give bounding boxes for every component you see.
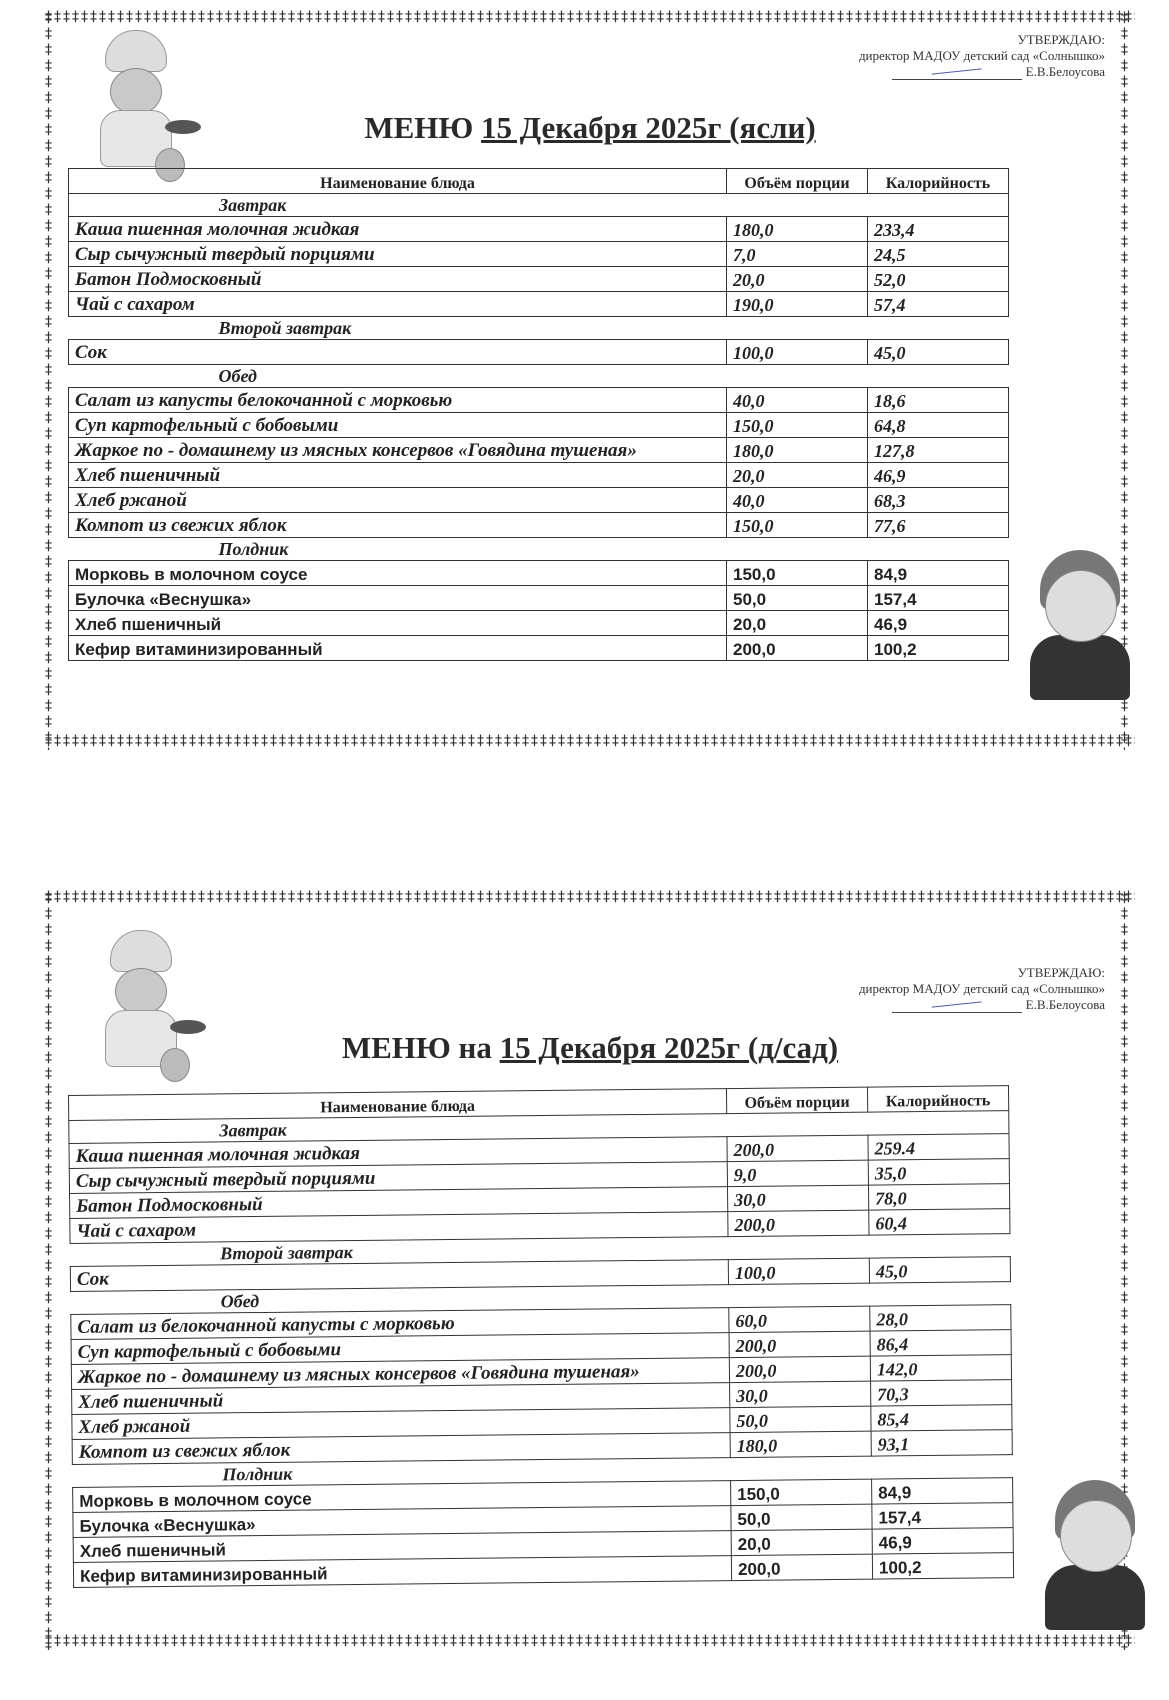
section-heading-row: Обед [69, 365, 1009, 388]
dish-name: Хлеб пшеничный [69, 611, 727, 636]
calorie-value: 78,0 [868, 1184, 1009, 1210]
dish-name: Чай с сахаром [69, 292, 727, 317]
dish-name: Кефир витаминизированный [69, 636, 727, 661]
approval-block: УТВЕРЖДАЮ: директор МАДОУ детский сад «С… [859, 965, 1105, 1013]
portion-size: 9,0 [727, 1160, 868, 1186]
portion-size: 50,0 [730, 1406, 871, 1432]
section-heading-row: Второй завтрак [69, 317, 1009, 340]
table-row: Каша пшенная молочная жидкая180,0233,4 [69, 217, 1009, 242]
dish-name: Булочка «Веснушка» [69, 586, 727, 611]
calorie-value: 157,4 [872, 1503, 1013, 1529]
column-header-dish: Наименование блюда [69, 169, 727, 194]
menu-card-nursery: ‡‡‡‡‡‡‡‡‡‡‡‡‡‡‡‡‡‡‡‡‡‡‡‡‡‡‡‡‡‡‡‡‡‡‡‡‡‡‡‡… [45, 10, 1135, 750]
dish-name: Хлеб ржаной [69, 488, 727, 513]
title-prefix: МЕНЮ [364, 110, 473, 145]
dish-name: Морковь в молочном соусе [69, 561, 727, 586]
portion-size: 7,0 [727, 242, 868, 267]
table-row: Хлеб ржаной40,068,3 [69, 488, 1009, 513]
calorie-value: 60,4 [869, 1209, 1010, 1235]
approval-position: директор МАДОУ детский сад «Солнышко» [859, 48, 1105, 64]
portion-size: 20,0 [727, 463, 868, 488]
section-heading: Завтрак [69, 194, 1009, 217]
approval-block: УТВЕРЖДАЮ: директор МАДОУ детский сад «С… [859, 32, 1105, 80]
calorie-value: 233,4 [868, 217, 1009, 242]
calorie-value: 100,2 [868, 636, 1009, 661]
column-header-portion: Объём порции [727, 169, 868, 194]
calorie-value: 64,8 [868, 413, 1009, 438]
portion-size: 40,0 [727, 488, 868, 513]
portion-size: 40,0 [727, 388, 868, 413]
table-row: Сок100,045,0 [69, 340, 1009, 365]
calorie-value: 84,9 [868, 561, 1009, 586]
portion-size: 100,0 [727, 340, 868, 365]
portion-size: 190,0 [727, 292, 868, 317]
calorie-value: 45,0 [868, 340, 1009, 365]
table-row: Компот из свежих яблок150,077,6 [69, 513, 1009, 538]
portion-size: 20,0 [727, 267, 868, 292]
portion-size: 180,0 [727, 217, 868, 242]
menu-table: Наименование блюдаОбъём порцииКалорийнос… [68, 1085, 1014, 1588]
portion-size: 200,0 [729, 1356, 870, 1382]
calorie-value: 57,4 [868, 292, 1009, 317]
portion-size: 50,0 [727, 586, 868, 611]
child-illustration [1035, 1480, 1155, 1630]
calorie-value: 93,1 [871, 1430, 1012, 1456]
menu-table: Наименование блюдаОбъём порцииКалорийнос… [68, 168, 1009, 661]
portion-size: 200,0 [729, 1331, 870, 1357]
portion-size: 150,0 [727, 513, 868, 538]
calorie-value: 100,2 [872, 1553, 1013, 1579]
column-header-calories: Калорийность [867, 1086, 1008, 1112]
dish-name: Компот из свежих яблок [69, 513, 727, 538]
menu-card-kindergarten: ‡‡‡‡‡‡‡‡‡‡‡‡‡‡‡‡‡‡‡‡‡‡‡‡‡‡‡‡‡‡‡‡‡‡‡‡‡‡‡‡… [45, 890, 1135, 1650]
calorie-value: 142,0 [870, 1355, 1011, 1381]
calorie-value: 35,0 [868, 1159, 1009, 1185]
signature-line [892, 69, 1022, 80]
portion-size: 180,0 [727, 438, 868, 463]
dish-name: Сыр сычужный твердый порциями [69, 242, 727, 267]
portion-size: 30,0 [727, 1185, 868, 1211]
child-illustration [1020, 550, 1140, 700]
portion-size: 30,0 [730, 1381, 871, 1407]
portion-size: 50,0 [731, 1504, 872, 1530]
portion-size: 180,0 [730, 1431, 871, 1457]
calorie-value: 46,9 [868, 611, 1009, 636]
portion-size: 150,0 [727, 413, 868, 438]
section-heading: Обед [69, 365, 1009, 388]
border-glass-icon: ‡‡‡‡‡‡‡‡‡‡‡‡‡‡‡‡‡‡‡‡‡‡‡‡‡‡‡‡‡‡‡‡‡‡‡‡‡‡‡‡… [45, 734, 1135, 750]
table-row: Булочка «Веснушка»50,0157,4 [69, 586, 1009, 611]
calorie-value: 85,4 [871, 1405, 1012, 1431]
portion-size: 200,0 [728, 1210, 869, 1236]
calorie-value: 24,5 [868, 242, 1009, 267]
table-row: Чай с сахаром190,057,4 [69, 292, 1009, 317]
dish-name: Жаркое по - домашнему из мясных консерво… [69, 438, 727, 463]
title-date: 15 Декабря 2025г (д/сад) [500, 1030, 838, 1065]
approval-name: Е.В.Белоусова [1026, 997, 1105, 1012]
portion-size: 20,0 [731, 1529, 872, 1555]
approval-heading: УТВЕРЖДАЮ: [859, 32, 1105, 48]
table-row: Суп картофельный с бобовыми150,064,8 [69, 413, 1009, 438]
border-glass-icon: ‡‡‡‡‡‡‡‡‡‡‡‡‡‡‡‡‡‡‡‡‡‡‡‡‡‡‡‡‡‡‡‡‡‡‡‡‡‡‡‡… [45, 890, 59, 1650]
dish-name: Суп картофельный с бобовыми [69, 413, 727, 438]
page-title: МЕНЮ на 15 Декабря 2025г (д/сад) [45, 1030, 1135, 1066]
table-row: Салат из капусты белокочанной с морковью… [69, 388, 1009, 413]
border-glass-icon: ‡‡‡‡‡‡‡‡‡‡‡‡‡‡‡‡‡‡‡‡‡‡‡‡‡‡‡‡‡‡‡‡‡‡‡‡‡‡‡‡… [45, 890, 1135, 906]
column-header-portion: Объём порции [726, 1087, 867, 1113]
approval-position: директор МАДОУ детский сад «Солнышко» [859, 981, 1105, 997]
title-date: 15 Декабря 2025г (ясли) [481, 110, 816, 145]
portion-size: 60,0 [729, 1306, 870, 1332]
table-row: Хлеб пшеничный20,046,9 [69, 611, 1009, 636]
portion-size: 200,0 [727, 636, 868, 661]
table-row: Сыр сычужный твердый порциями7,024,5 [69, 242, 1009, 267]
table-header-row: Наименование блюдаОбъём порцииКалорийнос… [69, 169, 1009, 194]
page-title: МЕНЮ 15 Декабря 2025г (ясли) [45, 110, 1135, 146]
calorie-value: 28,0 [870, 1305, 1011, 1331]
table-row: Батон Подмосковный20,052,0 [69, 267, 1009, 292]
signature-line [892, 1002, 1022, 1013]
border-glass-icon: ‡‡‡‡‡‡‡‡‡‡‡‡‡‡‡‡‡‡‡‡‡‡‡‡‡‡‡‡‡‡‡‡‡‡‡‡‡‡‡‡… [45, 1634, 1135, 1650]
dish-name: Каша пшенная молочная жидкая [69, 217, 727, 242]
table-row: Жаркое по - домашнему из мясных консерво… [69, 438, 1009, 463]
dish-name: Хлеб пшеничный [69, 463, 727, 488]
approval-heading: УТВЕРЖДАЮ: [859, 965, 1105, 981]
portion-size: 100,0 [728, 1258, 869, 1284]
section-heading: Полдник [69, 538, 1009, 561]
calorie-value: 259.4 [868, 1134, 1009, 1160]
section-heading-row: Завтрак [69, 194, 1009, 217]
approval-name: Е.В.Белоусова [1026, 64, 1105, 79]
table-row: Морковь в молочном соусе150,084,9 [69, 561, 1009, 586]
column-header-calories: Калорийность [868, 169, 1009, 194]
calorie-value: 46,9 [868, 463, 1009, 488]
calorie-value: 45,0 [869, 1257, 1010, 1283]
portion-size: 150,0 [727, 561, 868, 586]
dish-name: Батон Подмосковный [69, 267, 727, 292]
calorie-value: 84,9 [872, 1478, 1013, 1504]
portion-size: 200,0 [731, 1554, 872, 1580]
section-heading: Второй завтрак [69, 317, 1009, 340]
chef-illustration [65, 30, 205, 180]
portion-size: 20,0 [727, 611, 868, 636]
calorie-value: 18,6 [868, 388, 1009, 413]
calorie-value: 157,4 [868, 586, 1009, 611]
calorie-value: 68,3 [868, 488, 1009, 513]
table-row: Хлеб пшеничный20,046,9 [69, 463, 1009, 488]
title-prefix: МЕНЮ на [342, 1030, 492, 1065]
calorie-value: 70,3 [871, 1380, 1012, 1406]
calorie-value: 127,8 [868, 438, 1009, 463]
border-glass-icon: ‡‡‡‡‡‡‡‡‡‡‡‡‡‡‡‡‡‡‡‡‡‡‡‡‡‡‡‡‡‡‡‡‡‡‡‡‡‡‡‡… [45, 10, 1135, 26]
dish-name: Салат из капусты белокочанной с морковью [69, 388, 727, 413]
calorie-value: 52,0 [868, 267, 1009, 292]
calorie-value: 86,4 [870, 1330, 1011, 1356]
calorie-value: 77,6 [868, 513, 1009, 538]
calorie-value: 46,9 [872, 1528, 1013, 1554]
portion-size: 150,0 [731, 1479, 872, 1505]
table-row: Кефир витаминизированный200,0100,2 [69, 636, 1009, 661]
dish-name: Сок [69, 340, 727, 365]
section-heading-row: Полдник [69, 538, 1009, 561]
portion-size: 200,0 [727, 1135, 868, 1161]
